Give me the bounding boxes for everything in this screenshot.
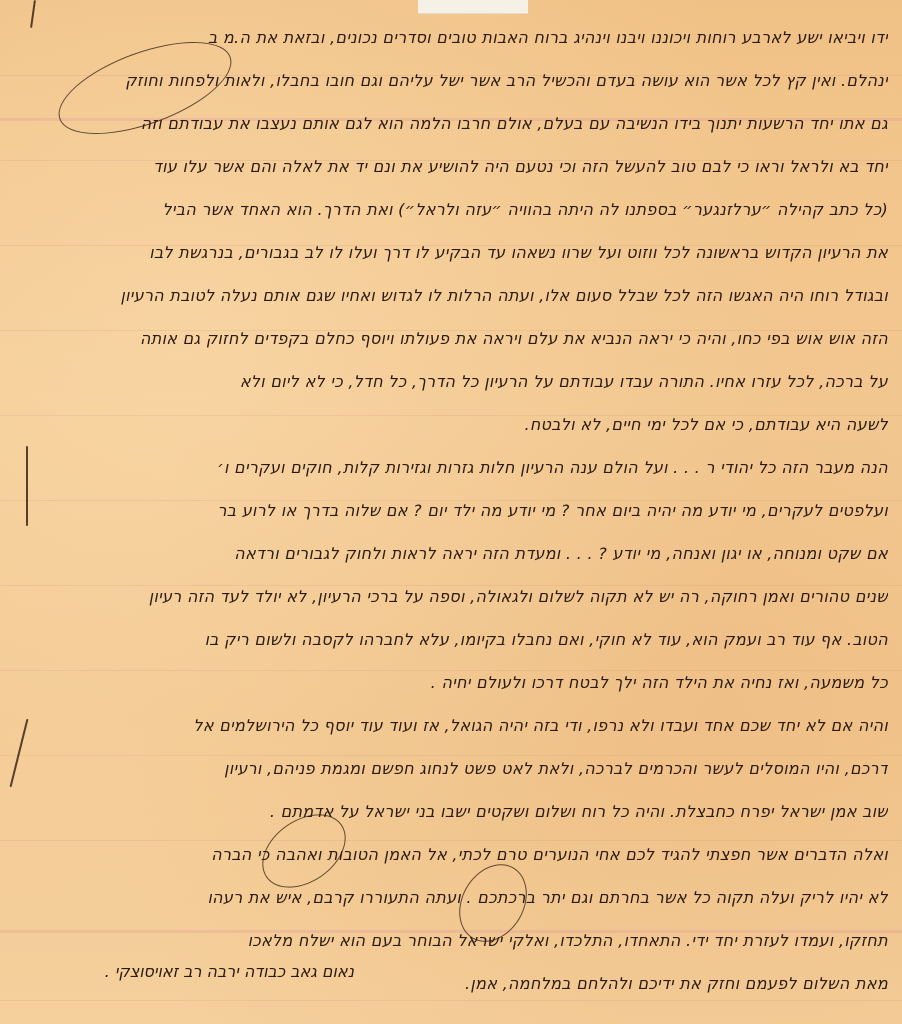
text-line: על ברכה, לכל עזרו אחיו. התורה עבדו עבודת… bbox=[8, 360, 888, 403]
text-line: ינהלם. ואין קץ לכל אשר הוא עושה בעדם והכ… bbox=[8, 59, 888, 102]
text-line: תחזקו, ועמדו לעזרת יחד ידי. התאחדו, התלכ… bbox=[8, 919, 888, 962]
text-line: הנה מעבר הזה כל יהודי ר . . . ועל הולם ע… bbox=[8, 446, 888, 489]
white-paper-tab bbox=[418, 0, 528, 14]
text-line: ובגודל רוחו היה האגשו הזה לכל שבלל סעום … bbox=[8, 274, 888, 317]
text-line: אם שקט ומנוחה, או יגון ואנחה, מי יודע ? … bbox=[8, 532, 888, 575]
text-line: ועלפטים לעקרים, מי יודע מה יהיה ביום אחר… bbox=[8, 489, 888, 532]
text-line: (כל כתב קהילה ״ערלזנגער״ בספתנו לה היתה … bbox=[8, 188, 888, 231]
text-line: הטוב. אף עוד רב ועמק הוא, עוד לא חוקי, ו… bbox=[8, 618, 888, 661]
text-line: שוב אמן ישראל יפרח כחבצלת. והיה כל רוח ו… bbox=[8, 790, 888, 833]
text-line: שנים טהורים ואמן רחוקה, רה יש לא תקוה לש… bbox=[8, 575, 888, 618]
text-line: ואלה הדברים אשר חפצתי להגיד לכם אחי הנוע… bbox=[8, 833, 888, 876]
text-line: גם אתו יחד הרשעות יתנוך בידו הנשיבה עם ב… bbox=[8, 102, 888, 145]
text-line: הזה אוש אוש בפי כחו, והיה כי יראה הנביא … bbox=[8, 317, 888, 360]
letter-body: ידו ויביאו ישע לארבע רוחות ויכוננו ויבנו… bbox=[8, 16, 888, 1005]
text-line: דרכם, והיו המוסלים לעשר והכרמים לברכה, ו… bbox=[8, 747, 888, 790]
text-line: את הרעיון הקדוש בראשונה לכל ווזוט ועל שר… bbox=[8, 231, 888, 274]
text-line: ידו ויביאו ישע לארבע רוחות ויכוננו ויבנו… bbox=[8, 16, 888, 59]
text-line: לא יהיו לריק ועלה תקוה כל אשר בחרתם וגם … bbox=[8, 876, 888, 919]
text-line: והיה אם לא יחד שכם אחד ועבדו ולא נרפו, ו… bbox=[8, 704, 888, 747]
signature: נאום גאב כבודה ירבה רב זאויסוצקי . bbox=[14, 962, 354, 981]
text-line: כל משמעה, ואז נחיה את הילד הזה ילך לבטח … bbox=[8, 661, 888, 704]
text-line: יחד בא ולראל וראו כי לבם טוב להעשל הזה ו… bbox=[8, 145, 888, 188]
text-line: לשעה היא עבודתם, כי אם לכל ימי חיים, לא … bbox=[8, 403, 888, 446]
